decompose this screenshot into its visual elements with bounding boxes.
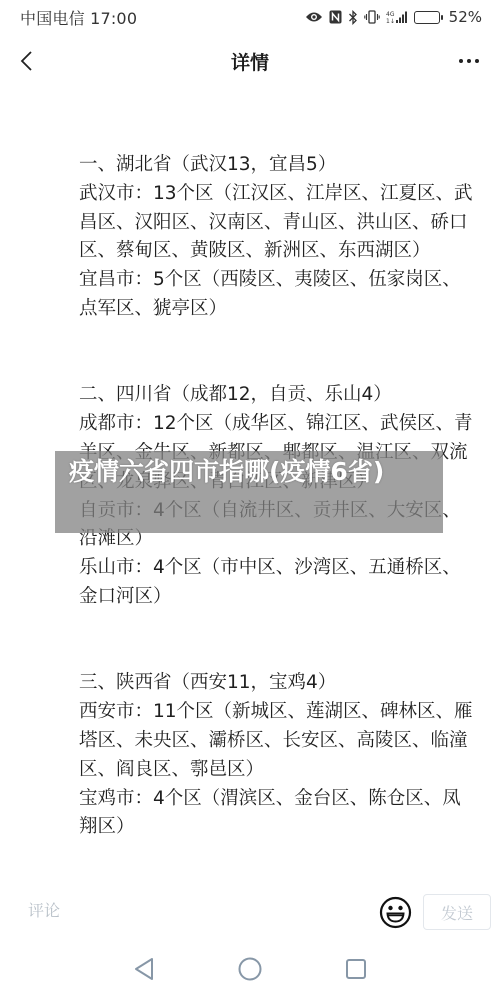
back-triangle-icon xyxy=(133,957,155,981)
home-circle-icon xyxy=(238,957,262,981)
title-bar: 详情 xyxy=(0,38,500,84)
section-heading: 一、湖北省（武汉13，宜昌5） xyxy=(79,151,479,180)
city-entry: 乐山市：4个区（市中区、沙湾区、五通桥区、金口河区） xyxy=(79,554,479,612)
comment-bar: 评论 发送 xyxy=(0,886,500,940)
svg-text:1↓: 1↓ xyxy=(386,18,395,24)
system-nav-bar xyxy=(0,950,500,986)
nav-back-button[interactable] xyxy=(131,956,157,982)
section-hubei: 一、湖北省（武汉13，宜昌5） 武汉市：13个区（江汉区、江岸区、江夏区、武昌区… xyxy=(79,151,479,324)
city-entry: 武汉市：13个区（江汉区、江岸区、江夏区、武昌区、汉阳区、汉南区、青山区、洪山区… xyxy=(79,180,479,266)
section-heading: 二、四川省（成都12，自贡、乐山4） xyxy=(79,381,479,410)
recents-square-icon xyxy=(345,958,367,980)
svg-text:4G: 4G xyxy=(386,11,395,18)
dot-icon xyxy=(459,59,463,63)
bluetooth-icon xyxy=(348,10,358,25)
status-bar: 中国电信 17:00 4G1↓ 52% xyxy=(0,0,500,34)
nav-home-button[interactable] xyxy=(237,956,263,982)
nav-recents-button[interactable] xyxy=(343,956,369,982)
nfc-icon xyxy=(329,10,342,24)
dot-icon xyxy=(467,59,471,63)
city-entry: 宝鸡市：4个区（渭滨区、金台区、陈仓区、凤翔区） xyxy=(79,785,479,843)
eye-icon xyxy=(305,11,323,23)
more-options-button[interactable] xyxy=(454,46,484,76)
dot-icon xyxy=(475,59,479,63)
smiley-icon xyxy=(379,896,412,929)
title-overlay: 疫情六省四市指哪(疫情6省) xyxy=(55,451,443,533)
comment-input[interactable]: 评论 xyxy=(28,898,60,921)
emoji-button[interactable] xyxy=(379,896,412,929)
chevron-left-icon xyxy=(19,50,33,72)
battery-icon xyxy=(414,11,440,24)
screen: 中国电信 17:00 4G1↓ 52% xyxy=(0,0,500,986)
send-button[interactable]: 发送 xyxy=(423,894,491,930)
city-entry: 西安市：11个区（新城区、莲湖区、碑林区、雁塔区、未央区、灞桥区、长安区、高陵区… xyxy=(79,698,479,784)
back-button[interactable] xyxy=(12,46,40,76)
4g-signal-icon: 4G1↓ xyxy=(386,10,408,24)
section-heading: 三、陕西省（西安11，宝鸡4） xyxy=(79,669,479,698)
page-title: 详情 xyxy=(231,48,269,75)
section-shaanxi: 三、陕西省（西安11，宝鸡4） 西安市：11个区（新城区、莲湖区、碑林区、雁塔区… xyxy=(79,669,479,842)
carrier-time: 中国电信 17:00 xyxy=(20,6,137,29)
status-icons: 4G1↓ 52% xyxy=(305,8,482,26)
battery-percent: 52% xyxy=(449,8,482,26)
vibrate-icon xyxy=(364,10,380,24)
overlay-title: 疫情六省四市指哪(疫情6省) xyxy=(69,457,439,487)
city-entry: 宜昌市：5个区（西陵区、夷陵区、伍家岗区、点军区、猇亭区） xyxy=(79,266,479,324)
